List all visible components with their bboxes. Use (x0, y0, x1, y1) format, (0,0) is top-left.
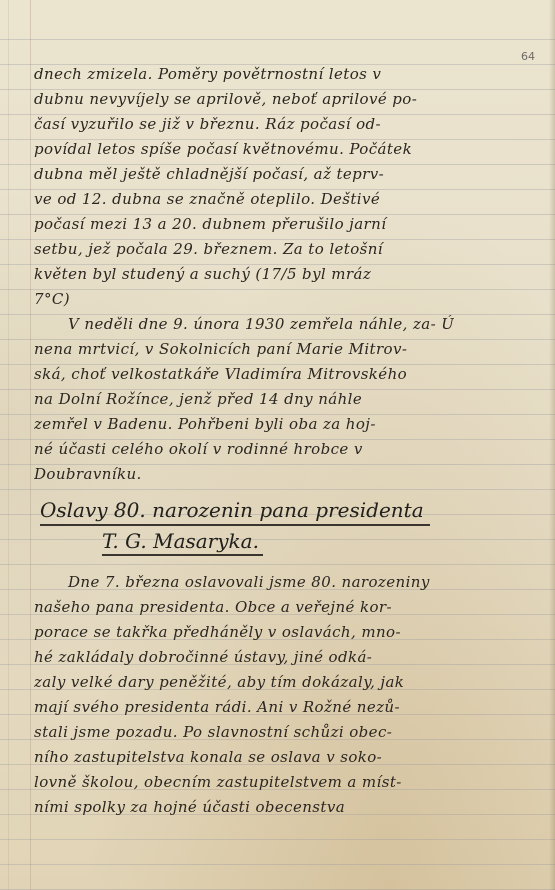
text-line: V neděli dne 9. února 1930 zemřela náhle… (34, 312, 454, 337)
text-line: Doubravníku. (34, 462, 454, 487)
text-line: zemřel v Badenu. Pohřbeni byli oba za ho… (34, 412, 454, 437)
text-line: Dne 7. března oslavovali jsme 80. naroze… (34, 570, 454, 595)
text-line: ve od 12. dubna se značně oteplilo. Dešt… (34, 187, 454, 212)
text-line: né účasti celého okolí v rodinné hrobce … (34, 437, 454, 462)
text-line: dnech zmizela. Poměry povětrnostní letos… (34, 62, 454, 87)
text-line: mají svého presidenta rádi. Ani v Rožné … (34, 695, 454, 720)
text-line: dubnu nevyvíjely se aprilově, neboť apri… (34, 87, 454, 112)
death-notice-paragraph: V neděli dne 9. února 1930 zemřela náhle… (34, 312, 454, 487)
text-line: našeho pana presidenta. Obce a veřejné k… (34, 595, 454, 620)
text-line: 7°C) (34, 287, 454, 312)
text-line: ního zastupitelstva konala se oslava v s… (34, 745, 454, 770)
text-line: setbu, jež počala 29. březnem. Za to let… (34, 237, 454, 262)
celebration-paragraph: Dne 7. března oslavovali jsme 80. naroze… (34, 570, 454, 820)
manuscript-page: 64 dnech zmizela. Poměry povětrnostní le… (0, 0, 555, 890)
text-line: porace se takřka předháněly v oslavách, … (34, 620, 454, 645)
heading-line-2: T. G. Masaryka. (102, 528, 263, 556)
outer-margin-line (8, 0, 9, 890)
margin-line (30, 0, 31, 890)
section-heading: Oslavy 80. narozenin pana presidenta T. … (40, 496, 440, 556)
text-line: ními spolky za hojné účasti obecenstva (34, 795, 454, 820)
heading-line-1: Oslavy 80. narozenin pana presidenta (40, 496, 430, 526)
text-line: ská, choť velkostatkáře Vladimíra Mitrov… (34, 362, 454, 387)
text-line: počasí mezi 13 a 20. dubnem přerušilo ja… (34, 212, 454, 237)
text-line: lovně školou, obecním zastupitelstvem a … (34, 770, 454, 795)
page-number: 64 (521, 50, 535, 63)
weather-paragraph: dnech zmizela. Poměry povětrnostní letos… (34, 62, 454, 312)
text-line: stali jsme pozadu. Po slavnostní schůzi … (34, 720, 454, 745)
text-line: květen byl studený a suchý (17/5 byl mrá… (34, 262, 454, 287)
text-line: hé zakládaly dobročinné ústavy, jiné odk… (34, 645, 454, 670)
text-line: nena mrtvicí, v Sokolnicích paní Marie M… (34, 337, 454, 362)
text-line: povídal letos spíše počasí květnovému. P… (34, 137, 454, 162)
text-line: časí vyzuřilo se již v březnu. Ráz počas… (34, 112, 454, 137)
text-line: zaly velké dary peněžité, aby tím dokáza… (34, 670, 454, 695)
text-line: dubna měl ještě chladnější počasí, až te… (34, 162, 454, 187)
text-line: na Dolní Rožínce, jenž před 14 dny náhle (34, 387, 454, 412)
page-edge-shadow (549, 0, 555, 890)
